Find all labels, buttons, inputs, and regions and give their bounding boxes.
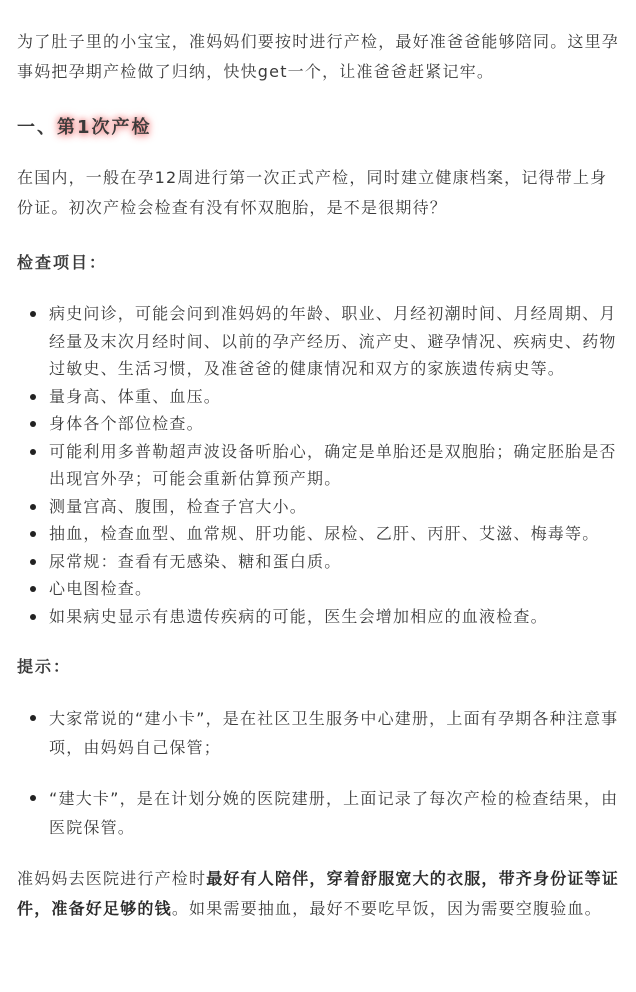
bullet-icon [30,311,36,317]
bullet-icon [30,504,36,510]
bullet-icon [30,559,36,565]
tips-list: 大家常说的“建小卡”，是在社区卫生服务中心建册，上面有孕期各种注意事项，由妈妈自… [17,704,620,842]
exam-items-list: 病史问诊，可能会问到准妈妈的年龄、职业、月经初潮时间、月经周期、月经量及末次月经… [17,300,620,630]
list-item: 测量宫高、腹围，检查子宫大小。 [17,493,620,521]
list-item: 量身高、体重、血压。 [17,383,620,411]
list-item: 尿常规：查看有无感染、糖和蛋白质。 [17,548,620,576]
list-item: 心电图检查。 [17,575,620,603]
tips-heading: 提示： [17,652,620,682]
list-item: 大家常说的“建小卡”，是在社区卫生服务中心建册，上面有孕期各种注意事项，由妈妈自… [17,704,620,762]
bullet-icon [30,531,36,537]
bullet-icon [30,715,36,721]
items-heading: 检查项目： [17,248,620,278]
bullet-icon [30,394,36,400]
bullet-icon [30,586,36,592]
section-heading: 一、第1次产检 [17,113,620,143]
list-item: 抽血，检查血型、血常规、肝功能、尿检、乙肝、丙肝、艾滋、梅毒等。 [17,520,620,548]
bullet-icon [30,449,36,455]
article: 为了肚子里的小宝宝，准妈妈们要按时进行产检，最好准爸爸能够陪同。这里孕事妈把孕期… [0,0,636,924]
list-item: 如果病史显示有患遗传疾病的可能，医生会增加相应的血液检查。 [17,603,620,631]
bullet-icon [30,795,36,801]
list-item: “建大卡”，是在计划分娩的医院建册，上面记录了每次产检的检查结果，由医院保管。 [17,784,620,842]
list-item: 病史问诊，可能会问到准妈妈的年龄、职业、月经初潮时间、月经周期、月经量及末次月经… [17,300,620,383]
bullet-icon [30,614,36,620]
bullet-icon [30,421,36,427]
section-intro-paragraph: 在国内，一般在孕12周进行第一次正式产检，同时建立健康档案，记得带上身份证。初次… [17,163,620,223]
list-item: 身体各个部位检查。 [17,410,620,438]
intro-paragraph: 为了肚子里的小宝宝，准妈妈们要按时进行产检，最好准爸爸能够陪同。这里孕事妈把孕期… [17,0,620,87]
list-item: 可能利用多普勒超声波设备听胎心，确定是单胎还是双胞胎；确定胚胎是否出现宫外孕；可… [17,438,620,493]
section-number: 一、 [17,117,57,138]
section-title: 第1次产检 [57,117,152,138]
closing-paragraph: 准妈妈去医院进行产检时最好有人陪伴，穿着舒服宽大的衣服，带齐身份证等证件，准备好… [17,864,620,924]
